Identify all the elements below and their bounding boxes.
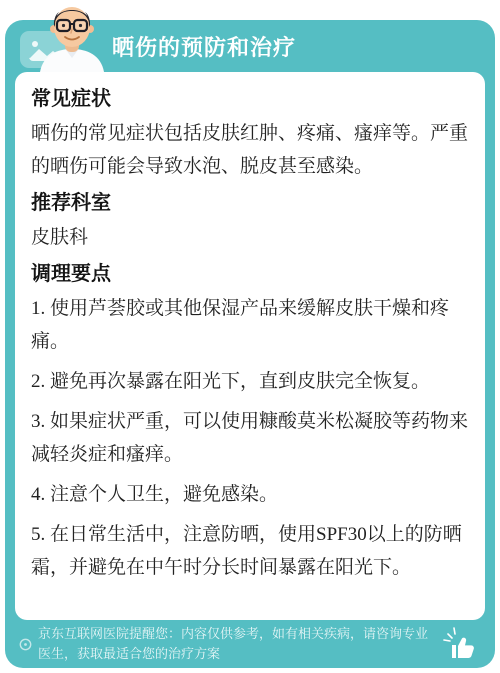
info-circle-icon <box>19 638 32 651</box>
section-heading-care: 调理要点 <box>31 261 469 287</box>
care-point-item: 4. 注意个人卫生，避免感染。 <box>31 478 469 511</box>
doctor-avatar <box>26 2 118 72</box>
content-card: 常见症状 晒伤的常见症状包括皮肤红肿、疼痛、瘙痒等。严重的晒伤可能会导致水泡、脱… <box>15 72 485 620</box>
care-point-item: 5. 在日常生活中，注意防晒，使用SPF30以上的防晒霜，并避免在中午时分长时间… <box>31 518 469 584</box>
care-point-item: 3. 如果症状严重，可以使用糠酸莫米松凝胶等药物来减轻炎症和瘙痒。 <box>31 405 469 471</box>
footer-bar: 京东互联网医院提醒您：内容仅供参考，如有相关疾病，请咨询专业医生，获取最适合您的… <box>5 620 495 668</box>
section-heading-department: 推荐科室 <box>31 190 469 216</box>
symptoms-paragraph: 晒伤的常见症状包括皮肤红肿、疼痛、瘙痒等。严重的晒伤可能会导致水泡、脱皮甚至感染… <box>31 117 469 183</box>
thumbs-up-icon[interactable] <box>442 624 480 664</box>
page-title: 晒伤的预防和治疗 <box>112 31 296 62</box>
department-paragraph: 皮肤科 <box>31 221 469 254</box>
section-heading-symptoms: 常见症状 <box>31 86 469 112</box>
health-info-card: 晒伤的预防和治疗 常见症状 晒伤的常见症状包括皮肤红肿、疼痛、瘙痒等。严重的晒伤… <box>0 0 500 673</box>
care-point-item: 2. 避免再次暴露在阳光下，直到皮肤完全恢复。 <box>31 365 469 398</box>
disclaimer-text: 京东互联网医院提醒您：内容仅供参考，如有相关疾病，请咨询专业医生，获取最适合您的… <box>38 624 438 664</box>
care-point-item: 1. 使用芦荟胶或其他保湿产品来缓解皮肤干燥和疼痛。 <box>31 292 469 358</box>
